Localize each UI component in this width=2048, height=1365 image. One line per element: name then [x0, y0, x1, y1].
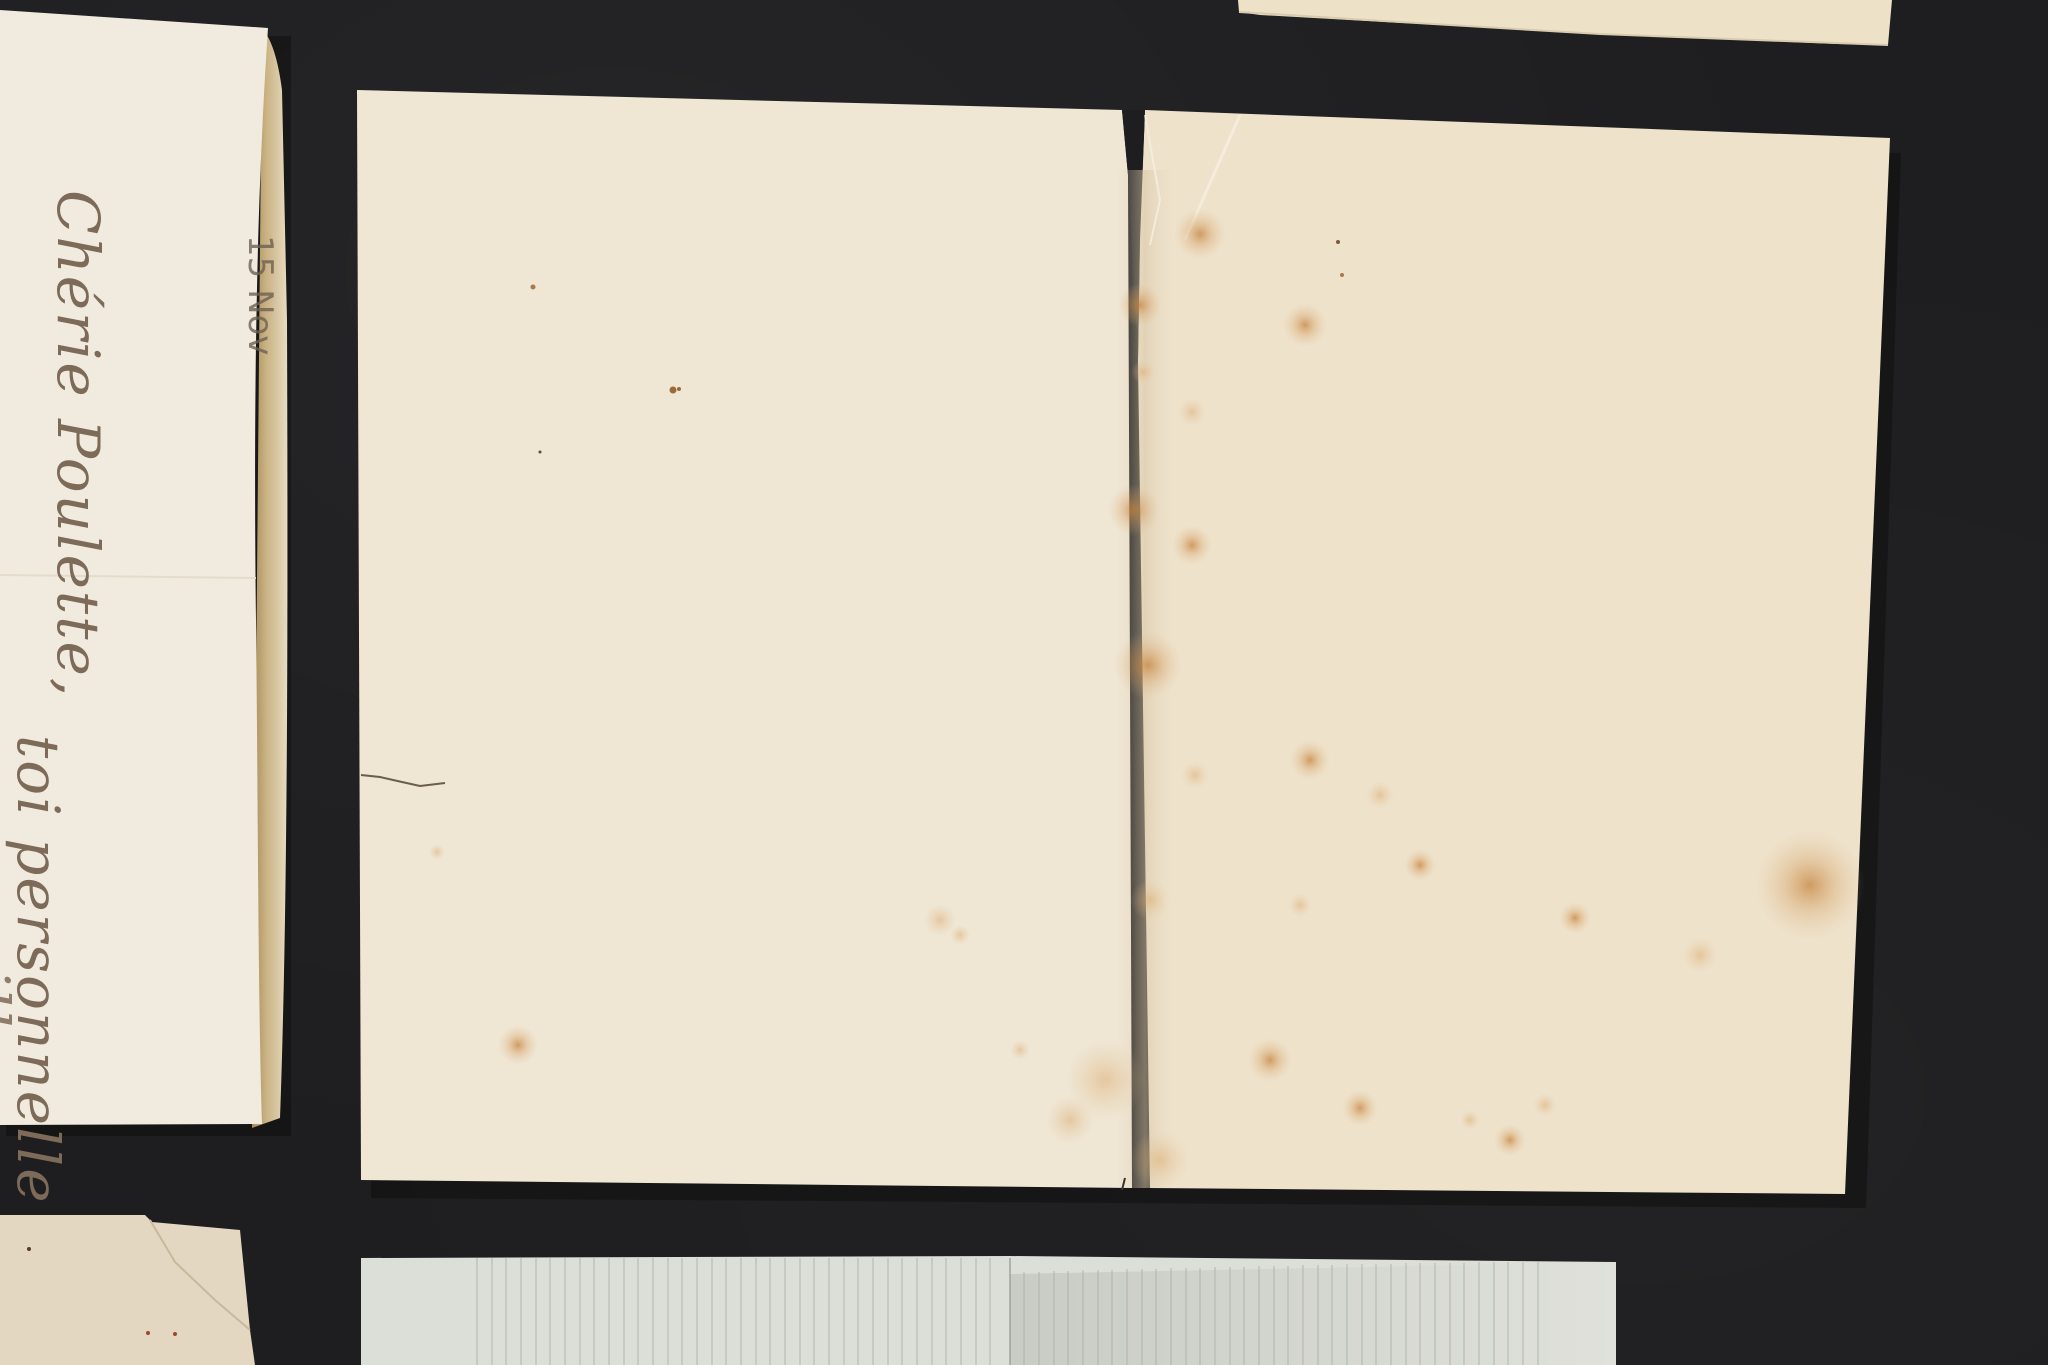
- torn-fragment: [0, 1215, 255, 1365]
- handwriting-line-1: Chérie Poulette,: [44, 190, 112, 698]
- top-right-sheet: [1238, 0, 1892, 45]
- documents-layer: [0, 0, 2048, 1365]
- blank-folded-sheet: [357, 90, 1890, 1194]
- lined-sheet: [361, 1256, 1616, 1365]
- pencil-note: 15 Nov: [240, 235, 280, 355]
- handwriting-line-3: ...eille...: [0, 870, 22, 1127]
